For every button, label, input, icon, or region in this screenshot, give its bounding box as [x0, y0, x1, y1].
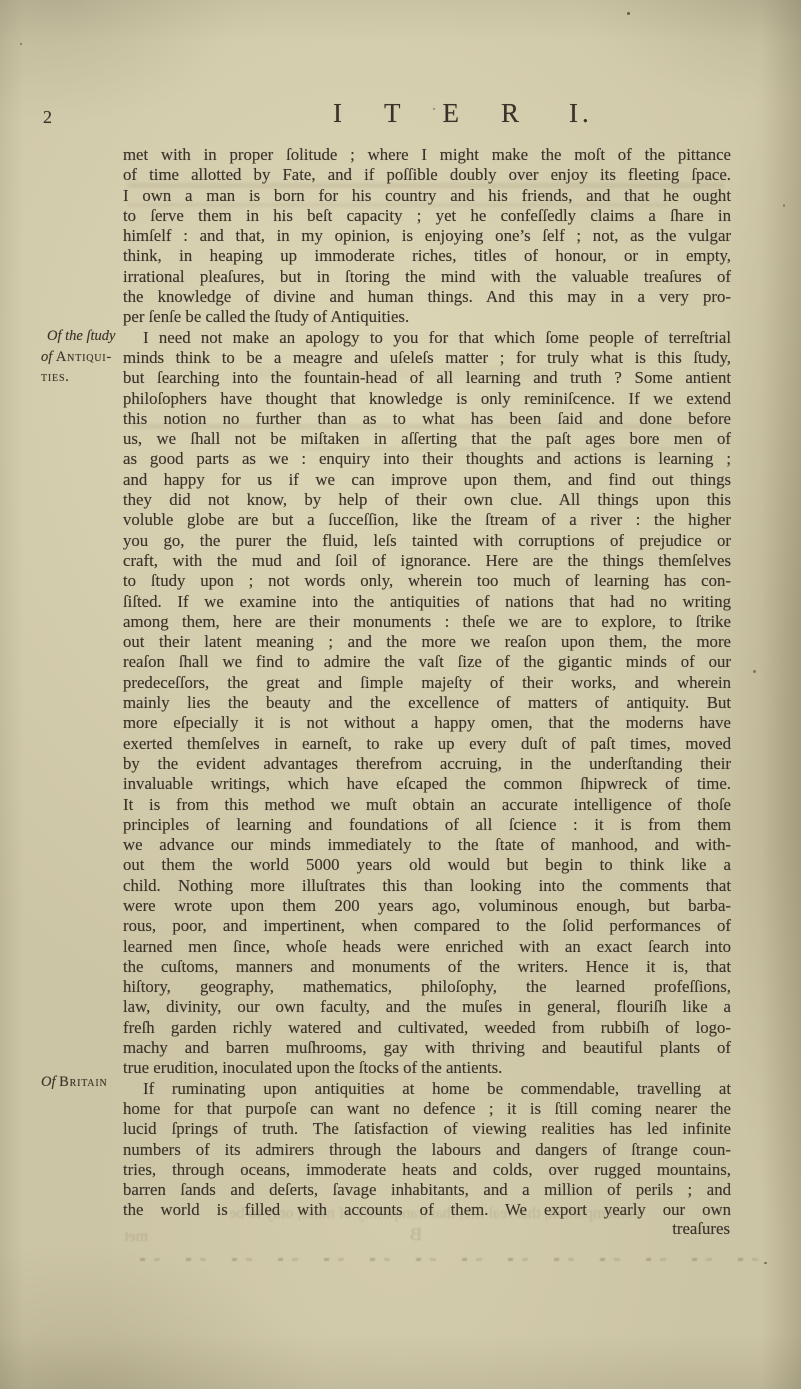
text-line: minds think to be a meagre and uſeleſs m… [123, 348, 731, 368]
scanned-book-page: 2 ITERI. met with in proper ſolitude ; w… [0, 0, 801, 1389]
text-line: as good parts as we : enquiry into their… [123, 449, 731, 469]
text-line: and happy for us if we can improve upon … [123, 470, 731, 490]
text-line: child. Nothing more illuſtrates this tha… [123, 876, 731, 896]
text-line: ſiſted. If we examine into the antiquiti… [123, 592, 731, 612]
text-line: by the evident advantages therefrom accr… [123, 754, 731, 774]
margin-note-line: Of the ſtudy [41, 326, 133, 347]
margin-note-line: Of Britain [41, 1072, 133, 1093]
text-line: this notion no further than as to what h… [123, 409, 731, 429]
text-line: barren ſands and deſerts, ſavage inhabit… [123, 1180, 731, 1200]
text-line: I own a man is born for his country and … [123, 186, 731, 206]
text-line: the world is filled with accounts of the… [123, 1200, 731, 1220]
text-line: reaſon ſhall we find to admire the vaſt … [123, 652, 731, 672]
text-line: rous, poor, and impertinent, when compar… [123, 916, 731, 936]
text-line: hiſtory, geography, mathematics, philoſo… [123, 977, 731, 997]
text-line: mainly lies the beauty and the excellenc… [123, 693, 731, 713]
show-through-dashes [140, 1258, 770, 1261]
page-number: 2 [43, 108, 52, 126]
text-block: met with in proper ſolitude ; where I mi… [123, 145, 731, 1221]
margin-note-of-britain: Of Britain [41, 1072, 133, 1093]
ink-speck [783, 204, 785, 207]
text-line: craft, with the mud and ſoil of ignoranc… [123, 551, 731, 571]
text-line: If ruminating upon antiquities at home b… [123, 1079, 731, 1099]
text-line: out them the world 5000 years old would … [123, 855, 731, 875]
text-line: law, divinity, our own faculty, and the … [123, 997, 731, 1017]
show-through-signature-mark: B [398, 1224, 422, 1245]
margin-note-segment: ties. [41, 369, 70, 385]
text-line: principles of learning and foundations o… [123, 815, 731, 835]
text-line: us, we ſhall not be miſtaken in aſſertin… [123, 429, 731, 449]
margin-note-line: of Antiqui- [41, 347, 133, 368]
text-line: more eſpecially it is not without a happ… [123, 713, 731, 733]
text-line: among them, here are their monuments : t… [123, 612, 731, 632]
text-line: met with in proper ſolitude ; where I mi… [123, 145, 731, 165]
text-line: the cuſtoms, manners and monuments of th… [123, 957, 731, 977]
text-line: home for that purpoſe can want no defenc… [123, 1099, 731, 1119]
text-line: we advance our minds immediately to the … [123, 835, 731, 855]
margin-note-study-of-antiquities: Of the ſtudyof Antiqui-ties. [41, 326, 133, 388]
show-through-catchword: met [104, 1228, 148, 1246]
catchword: treaſures [672, 1219, 730, 1239]
ink-speck [20, 43, 22, 45]
margin-note-segment: of [41, 349, 56, 365]
text-line: you go, the purer the fluid, leſs tainte… [123, 531, 731, 551]
text-line: think, in heaping up immoderate riches, … [123, 246, 731, 266]
margin-note-segment: Antiqui- [56, 349, 112, 365]
text-line: himſelf : and that, in my opinion, is en… [123, 226, 731, 246]
margin-note-line: ties. [41, 367, 133, 388]
text-line: tries, through oceans, immoderate heats … [123, 1160, 731, 1180]
ink-speck [627, 12, 630, 15]
text-line: machy and barren muſhrooms, gay with thr… [123, 1038, 731, 1058]
text-line: but ſearching into the fountain-head of … [123, 368, 731, 388]
running-header-title: ITER [333, 98, 561, 128]
text-line: true erudition, inoculated upon the ſtoc… [123, 1058, 731, 1078]
text-line: learned men ſince, whoſe heads were enri… [123, 937, 731, 957]
margin-note-segment: Britain [59, 1074, 107, 1090]
ink-speck [764, 1262, 767, 1264]
text-line: freſh garden richly watered and cultivat… [123, 1018, 731, 1038]
text-line: to ſerve them in his beſt capacity ; yet… [123, 206, 731, 226]
text-line: out their latent meaning ; and the more … [123, 632, 731, 652]
text-line: they did not know, by help of their own … [123, 490, 731, 510]
text-line: exerted themſelves in earneſt, to rake u… [123, 734, 731, 754]
text-line: I need not make an apology to you for th… [123, 328, 731, 348]
text-line: It is from this method we muſt obtain an… [123, 795, 731, 815]
text-line: of time allotted by Fate, and if poſſibl… [123, 165, 731, 185]
running-header-numeral: I. [569, 98, 593, 128]
text-line: the knowledge of divine and human things… [123, 287, 731, 307]
text-line: philoſophers have thought that knowledge… [123, 389, 731, 409]
ink-speck [753, 670, 756, 673]
text-line: voluble globe are but a ſucceſſion, like… [123, 510, 731, 530]
text-line: predeceſſors, the great and ſimple majeſ… [123, 673, 731, 693]
text-line: numbers of its admirers through the labo… [123, 1140, 731, 1160]
text-line: lucid ſprings of truth. The ſatisfaction… [123, 1119, 731, 1139]
margin-note-segment: Of the ſtudy [47, 328, 115, 344]
text-line: per ſenſe be called the ſtudy of Antiqui… [123, 307, 731, 327]
text-line: were wrote upon them 200 years ago, volu… [123, 896, 731, 916]
running-header: ITERI. [333, 100, 593, 127]
margin-note-segment: Of [41, 1074, 59, 1090]
text-line: invaluable writings, which have eſcaped … [123, 774, 731, 794]
text-line: to ſtudy upon ; not words only, wherein … [123, 571, 731, 591]
text-line: irrational pleaſures, but in ſtoring the… [123, 267, 731, 287]
